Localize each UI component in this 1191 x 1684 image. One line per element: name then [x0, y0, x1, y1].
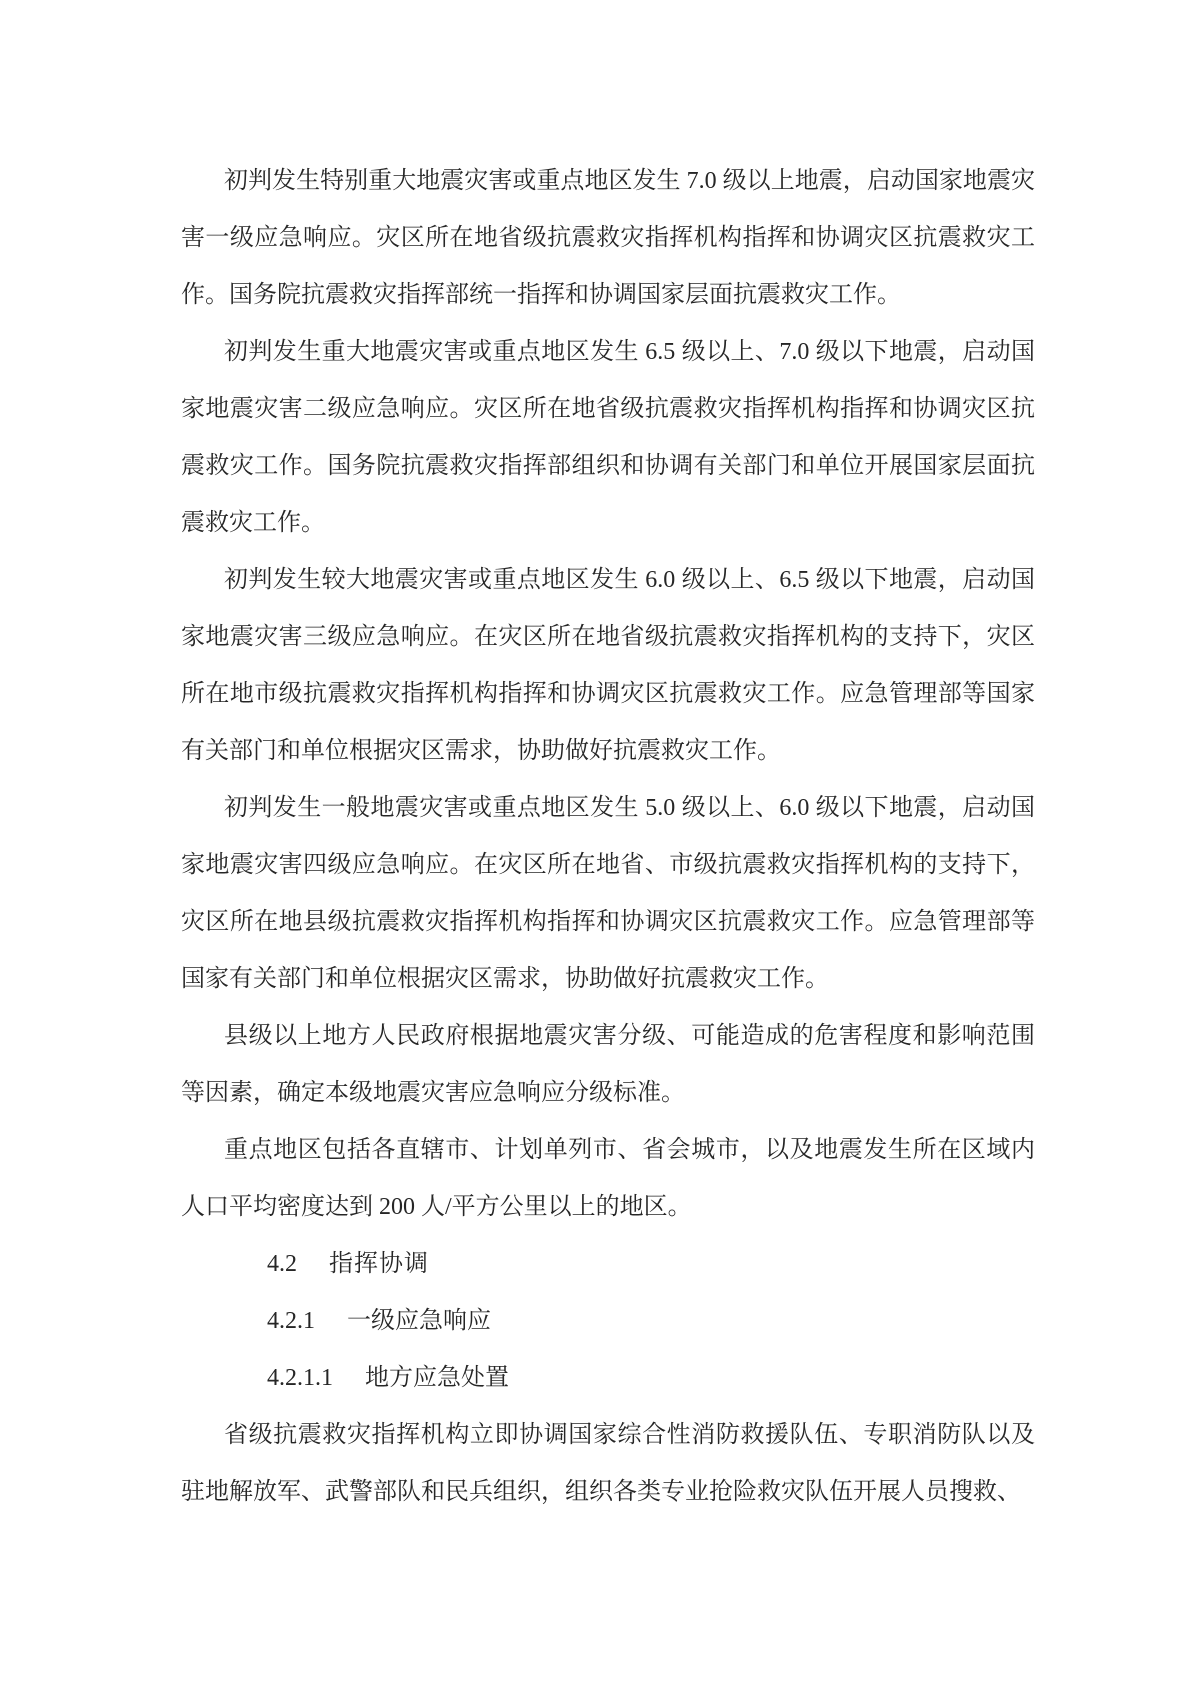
section-heading-4.2.1.1: 4.2.1.1地方应急处置 — [181, 1350, 1035, 1407]
heading-number: 4.2.1 — [224, 1293, 315, 1350]
body-paragraph: 省级抗震救灾指挥机构立即协调国家综合性消防救援队伍、专职消防队以及驻地解放军、武… — [181, 1407, 1035, 1521]
document-content: 初判发生特别重大地震灾害或重点地区发生 7.0 级以上地震，启动国家地震灾害一级… — [181, 153, 1035, 1521]
heading-number: 4.2.1.1 — [224, 1350, 333, 1407]
section-heading-4.2: 4.2指挥协调 — [181, 1236, 1035, 1293]
heading-title: 指挥协调 — [329, 1251, 429, 1277]
document-page: 初判发生特别重大地震灾害或重点地区发生 7.0 级以上地震，启动国家地震灾害一级… — [0, 0, 1191, 1684]
body-paragraph: 初判发生较大地震灾害或重点地区发生 6.0 级以上、6.5 级以下地震，启动国家… — [181, 552, 1035, 780]
section-heading-4.2.1: 4.2.1一级应急响应 — [181, 1293, 1035, 1350]
body-paragraph: 重点地区包括各直辖市、计划单列市、省会城市，以及地震发生所在区域内人口平均密度达… — [181, 1122, 1035, 1236]
body-paragraph: 初判发生重大地震灾害或重点地区发生 6.5 级以上、7.0 级以下地震，启动国家… — [181, 324, 1035, 552]
body-paragraph: 县级以上地方人民政府根据地震灾害分级、可能造成的危害程度和影响范围等因素，确定本… — [181, 1008, 1035, 1122]
body-paragraph: 初判发生特别重大地震灾害或重点地区发生 7.0 级以上地震，启动国家地震灾害一级… — [181, 153, 1035, 324]
body-paragraph: 初判发生一般地震灾害或重点地区发生 5.0 级以上、6.0 级以下地震，启动国家… — [181, 780, 1035, 1008]
heading-number: 4.2 — [224, 1236, 297, 1293]
heading-title: 地方应急处置 — [365, 1365, 509, 1391]
heading-title: 一级应急响应 — [347, 1308, 491, 1334]
